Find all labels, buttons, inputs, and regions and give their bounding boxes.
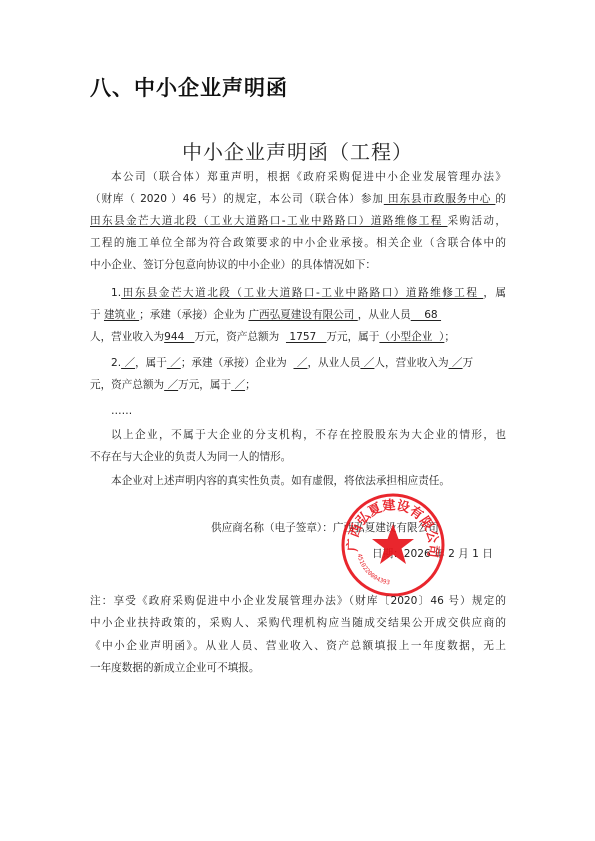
item1-size: （小型企业 ） xyxy=(379,331,444,343)
para1-line5: 中小企业、签订分包意向协议的中小企业）的具体情况如下： xyxy=(90,256,506,274)
item2-blank: ／ xyxy=(167,357,181,369)
item1-text: ，从业人员 xyxy=(358,309,411,321)
para1-text: 的 xyxy=(495,193,506,205)
item1-company: 广西弘夏建设有限公司 xyxy=(248,309,357,321)
item2-text: 元，资产总额为 xyxy=(90,379,164,391)
note-line3: 《中小企业声明函》。从业人员、营业收入、资产总额填报上一年度数据，无上 xyxy=(90,637,506,655)
item1-line1: 1.田东县金芒大道北段（工业大道路口-工业中路路口）道路维修工程 ，属 xyxy=(90,284,506,302)
item1-text: 于 xyxy=(90,309,104,321)
para3: 本企业对上述声明内容的真实性负责。如有虚假，将依法承担相应责任。 xyxy=(90,472,506,490)
item1-employees: 68 xyxy=(411,309,441,321)
signature-label: 供应商名称（电子签章）： xyxy=(211,522,333,534)
para1-line4: 工程的施工单位全部为符合政策要求的中小企业承接。相关企业（含联合体中的 xyxy=(90,234,506,252)
item2-text: 人，营业收入为 xyxy=(374,357,448,369)
para1-line3: 田东县金芒大道北段（工业大道路口-工业中路路口）道路维修工程 采购活动， xyxy=(90,212,506,230)
item1-text: ，属 xyxy=(483,287,506,299)
para1-text: 采购活动， xyxy=(447,215,506,227)
item2-line2: 元，资产总额为 ／万元，属于 ／； xyxy=(90,376,506,394)
item2-blank: ／ xyxy=(121,357,135,369)
item2-text: 万 xyxy=(463,357,474,369)
para1-text: （财库（ 2020 ）46 号）的规定，本公司（联合体）参加 xyxy=(90,193,384,205)
item2-text: ，属于 xyxy=(135,357,167,369)
item1-project: 田东县金芒大道北段（工业大道路口-工业中路路口）道路维修工程 xyxy=(121,287,483,299)
ellipsis: …… xyxy=(90,402,506,420)
item-number: 2. xyxy=(111,357,121,369)
para2-line1: 以上企业，不属于大企业的分支机构，不存在控股股东为大企业的情形，也 xyxy=(90,426,506,444)
item1-text: 万元，属于 xyxy=(326,331,379,343)
note-line1: 注：享受《政府采购促进中小企业发展管理办法》（财库〔2020〕46 号）规定的 xyxy=(90,592,506,610)
section-heading: 八、中小企业声明函 xyxy=(90,72,288,102)
company-seal-icon: 广西弘夏建设有限公司 4510220004393 xyxy=(340,492,446,598)
note-line4: 一年度数据的新成立企业可不填报。 xyxy=(90,659,506,677)
item1-text: 万元，资产总额为 xyxy=(194,331,285,343)
item2-blank: ／ xyxy=(164,379,178,391)
item2-blank: ／ xyxy=(449,357,463,369)
para1-line1: 本公司（联合体）郑重声明，根据《政府采购促进中小企业发展管理办法》 xyxy=(90,168,506,186)
item2-text: 万元，属于 xyxy=(178,379,231,391)
item2-blank: ／ xyxy=(360,357,374,369)
document-title: 中小企业声明函（工程） xyxy=(0,136,595,165)
item2-blank: ／ xyxy=(231,379,245,391)
para2-line2: 不存在与大企业的负责人为同一人的情形。 xyxy=(90,448,506,466)
note-line2: 中小企业扶持政策的，采购人、采购代理机构应当随成交结果公开成交供应商的 xyxy=(90,614,506,632)
item1-text: 人，营业收入为 xyxy=(90,331,164,343)
project-name: 田东县金芒大道北段（工业大道路口-工业中路路口）道路维修工程 xyxy=(90,215,447,227)
item-number: 1. xyxy=(111,287,121,299)
item2-line1: 2. ／，属于 ／；承建（承接）企业为 ／，从业人员 ／人，营业收入为 ／万 xyxy=(90,354,506,372)
purchaser-name: 田东县市政服务中心 xyxy=(384,193,496,205)
item1-text: ；承建（承接）企业为 xyxy=(139,309,248,321)
item1-revenue: 944 xyxy=(164,331,194,343)
item1-line3: 人，营业收入为944 万元，资产总额为 1757 万元，属于（小型企业 ）； xyxy=(90,328,506,346)
item1-text: ； xyxy=(444,331,455,343)
item2-text: ； xyxy=(245,379,256,391)
para1-line2: （财库（ 2020 ）46 号）的规定，本公司（联合体）参加 田东县市政服务中心… xyxy=(90,190,506,208)
item2-text: ，从业人员 xyxy=(307,357,360,369)
item1-industry: 建筑业 xyxy=(104,309,139,321)
item2-text: ；承建（承接）企业为 xyxy=(181,357,294,369)
item1-line2: 于 建筑业 ；承建（承接）企业为 广西弘夏建设有限公司 ，从业人员 68 xyxy=(90,306,506,324)
item1-assets: 1757 xyxy=(286,331,326,343)
item2-blank: ／ xyxy=(294,357,308,369)
